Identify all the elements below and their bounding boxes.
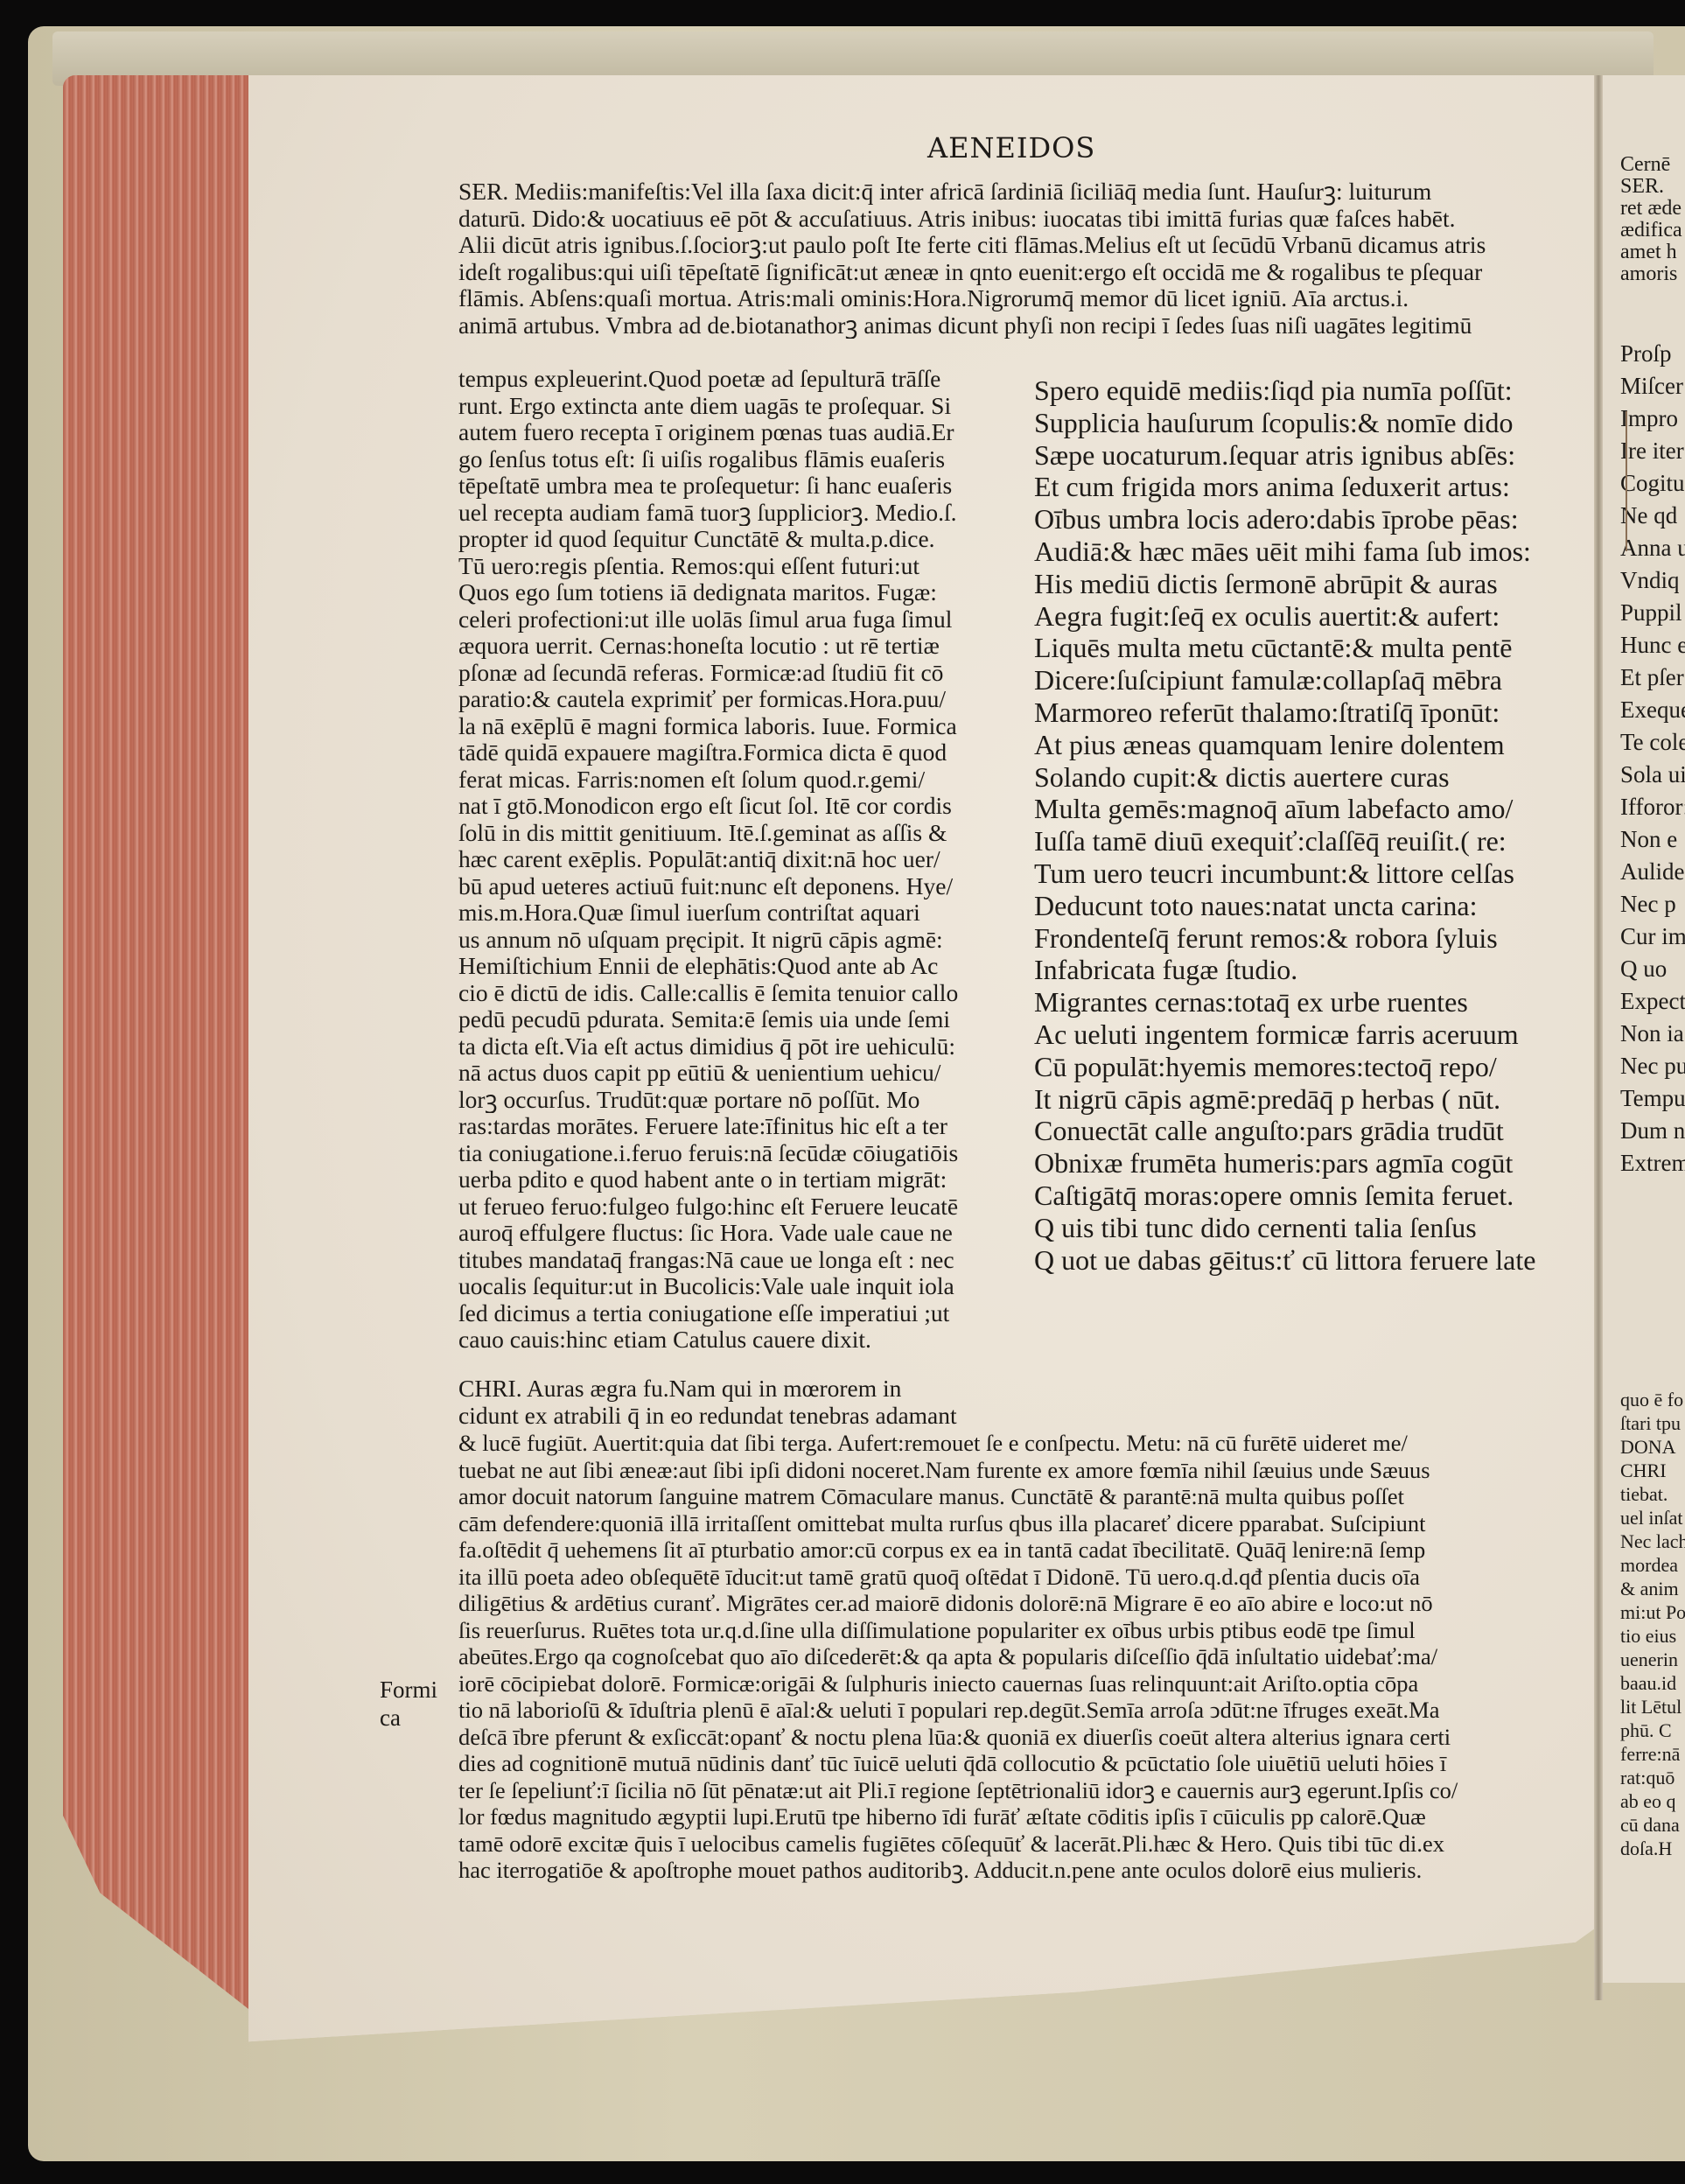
commentary-line: deſcā ībre pferunt & exſiccāt:opanť & no… [458,1724,1570,1751]
verse-column: Spero equidē mediis:ſiqd pia numīa poſſū… [1034,374,1570,1276]
commentary-line: ut ferueo feruo:fulgeo fulgo:hinc eſt Fe… [458,1193,1010,1221]
commentary-line: uel recepta audiam famā tuorꝫ ſupplicior… [458,500,1010,527]
verse-line: Infabricata fugæ ſtudio. [1034,954,1570,986]
facing-line: SER. [1620,176,1682,198]
running-head: AENEIDOS [927,131,1095,164]
facing-line: Q uo [1620,953,1685,985]
verse-line: Caſtigātq̄ moras:opere omnis ſemita feru… [1034,1179,1570,1212]
commentary-line: daturū. Dido:& uocatiuus eē pōt & accuſa… [458,206,1566,233]
facing-line: Puppil [1620,597,1685,629]
facing-line: tio eius [1620,1624,1685,1648]
commentary-line: tio nā laborioſū & īduſtria plenū ē aīal… [458,1697,1570,1724]
facing-line: Expect [1620,985,1685,1018]
margin-note: Formi ca [380,1676,437,1732]
left-commentary-column: tempus expleuerint.Quod poetæ ad ſepultu… [458,366,1010,1354]
facing-commentary-bottom: quo ē fo ſtari tpu DONA CHRI tiebat. uel… [1620,1388,1685,1860]
verse-line: Q uot ue dabas gēitus:ť cū littora ferue… [1034,1244,1570,1277]
bottom-commentary: & lucē fugiūt. Auertit:quia dat ſibi ter… [458,1430,1570,1884]
verse-line: Multa gemēs:magnoq̄ aīum labefacto amo/ [1034,793,1570,825]
commentary-line: tempus expleuerint.Quod poetæ ad ſepultu… [458,366,1010,393]
commentary-line: ras:tardas morātes. Feruere late:īfinitu… [458,1113,1010,1140]
commentary-line: autem fuero recepta ī originem pœnas tua… [458,419,1010,446]
verse-line: His mediū dictis ſermonē abrūpit & auras [1034,568,1570,600]
facing-line: Non ia [1620,1018,1685,1050]
facing-line: Extrem [1620,1147,1685,1179]
verse-line: Et cum frigida mors anima ſeduxerit artu… [1034,471,1570,503]
verse-line: Aegra fugit:ſeq̄ ex oculis auertit:& auf… [1034,600,1570,633]
facing-line: doſa.H [1620,1837,1685,1860]
verse-line: Iuſſa tamē diuū exequiť:claſſēq̄ reuiſit… [1034,825,1570,857]
verse-line: Liquēs multa metu cūctantē:& multa pentē [1034,632,1570,664]
facing-line: Aulide [1620,856,1685,888]
commentary-line: tēpeſtatē umbra mea te proſequetur: ſi h… [458,472,1010,500]
commentary-line: tuebat ne aut ſibi æneæ:aut ſibi ipſi di… [458,1457,1570,1484]
facing-line: CHRI [1620,1459,1685,1482]
commentary-line: fa.oſtēdit q̄ uehemens ſit aī pturbatio … [458,1536,1570,1564]
commentary-line: Alii dicūt atris ignibus.ſ.ſociorꝫ:ut pa… [458,232,1566,259]
commentary-line: go ſenſus totus eſt: ſi uiſis rogalibus … [458,446,1010,473]
facing-line: Nec pu [1620,1050,1685,1082]
commentary-line: lor fœdus magnitudo ægyptii lupi.Erutū t… [458,1803,1570,1830]
commentary-line: uerba pdito e quod habent ante o in tert… [458,1166,1010,1193]
commentary-line: hac iterrogatiōe & apoſtrophe mouet path… [458,1857,1570,1884]
facing-line: ret æde [1620,198,1682,220]
commentary-line: CHRI. Auras ægra fu.Nam qui in mœrorem i… [458,1375,1010,1403]
commentary-line: pedū pecudū pdurata. Semita:ē ſemis uia … [458,1006,1010,1033]
verse-line: It nigrū cāpis agmē:predāq̄ p herbas ( n… [1034,1083,1570,1116]
verse-line: Solando cupit:& dictis auertere curas [1034,761,1570,794]
verse-line: Tum uero teucri incumbunt:& littore celſ… [1034,857,1570,890]
manuscript-bracket-mark [1626,411,1633,551]
facing-line: Tempu [1620,1082,1685,1115]
commentary-line: cauo cauis:hinc etiam Catulus cauere dix… [458,1326,1010,1354]
margin-note-line: ca [380,1704,437,1732]
facing-commentary-top: Cernē SER. ret æde ædifica amet h amoris [1620,154,1682,285]
commentary-line: SER. Mediis:manifeſtis:Vel illa ſaxa dic… [458,178,1566,206]
verse-line: Supplicia hauſurum ſcopulis:& nomīe dido [1034,407,1570,439]
verse-line: Oībus umbra locis adero:dabis īprobe pēa… [1034,503,1570,535]
verse-line: Ac ueluti ingentem formicæ farris aceruu… [1034,1018,1570,1051]
facing-line: Proſp [1620,338,1685,370]
facing-line: quo ē fo [1620,1388,1685,1411]
commentary-line: tādē quidā expauere magiſtra.Formica dic… [458,739,1010,766]
facing-line: baau.id [1620,1671,1685,1695]
verse-line: Conuectāt calle anguſto:pars grādia trud… [1034,1115,1570,1147]
verse-line: Cū populāt:hyemis memores:tectoq̄ repo/ [1034,1051,1570,1083]
facing-line: rat:quō [1620,1766,1685,1789]
facing-line: phū. C [1620,1718,1685,1742]
commentary-line: diligētius & ardētius curanť. Migrātes c… [458,1590,1570,1617]
commentary-line: amor docuit natorum ſanguine matrem Cōma… [458,1483,1570,1510]
commentary-line: & lucē fugiūt. Auertit:quia dat ſibi ter… [458,1430,1570,1457]
commentary-line: us annum nō uſquam pręcipit. It nigrū cā… [458,927,1010,954]
verse-line: Audiā:& hæc māes uēit mihi fama ſub imos… [1034,535,1570,568]
facing-line: Dum n [1620,1115,1685,1147]
facing-line: & anim [1620,1577,1685,1600]
facing-line: amet h [1620,241,1682,263]
commentary-line: ſis reuerſurus. Ruētes tota ur.q.d.ſine … [458,1617,1570,1644]
facing-line: uenerin [1620,1648,1685,1671]
facing-line: ferre:nā [1620,1742,1685,1766]
verse-line: Migrantes cernas:totaq̄ ex urbe ruentes [1034,986,1570,1018]
commentary-line: animā artubus. Vmbra ad de.biotanathorꝫ … [458,312,1566,339]
commentary-line: titubes mandataq̄ frangas:Nā caue ue lon… [458,1247,1010,1274]
verse-line: At pius æneas quamquam lenire dolentem [1034,729,1570,761]
commentary-line: lorꝫ occurſus. Trudūt:quæ portare nō poſ… [458,1087,1010,1114]
commentary-line: ita illū poeta adeo obſequētē īducit:ut … [458,1564,1570,1591]
facing-line: Miſcer [1620,370,1685,402]
facing-line: Nec p [1620,888,1685,920]
commentary-line: ſolū in dis mittit genitiuum. Itē.ſ.gemi… [458,820,1010,847]
bottom-commentary-opening: CHRI. Auras ægra fu.Nam qui in mœrorem i… [458,1375,1010,1429]
verse-line: Dicere:ſuſcipiunt famulæ:collapſaq̄ mēbr… [1034,664,1570,696]
commentary-line: iorē cōcipiebat dolorē. Formicæ:origāi &… [458,1670,1570,1697]
commentary-line: runt. Ergo extincta ante diem uagās te p… [458,393,1010,420]
verse-line: Spero equidē mediis:ſiqd pia numīa poſſū… [1034,374,1570,407]
commentary-line: ferat micas. Farris:nomen eſt ſolum quod… [458,766,1010,794]
commentary-line: ta dicta eſt.Via eſt actus dimidius q̄ p… [458,1033,1010,1060]
commentary-line: tia coniugatione.i.feruo feruis:nā ſecūd… [458,1140,1010,1167]
facing-line: tiebat. [1620,1482,1685,1506]
commentary-line: ter ſe ſepeliunť:ī ſicilia nō ſūt pēnatæ… [458,1777,1570,1804]
verse-line: Frondenteſq̄ ferunt remos:& robora ſylui… [1034,922,1570,955]
verse-line: Q uis tibi tunc dido cernenti talia ſenſ… [1034,1212,1570,1244]
red-fore-edge [63,75,248,2009]
facing-line: cū dana [1620,1813,1685,1837]
commentary-line: paratio:& cautela exprimiť per formicas.… [458,686,1010,713]
commentary-line: propter id quod ſequitur Cunctātē & mult… [458,526,1010,553]
facing-line: Hunc e [1620,629,1685,661]
commentary-line: mis.m.Hora.Quæ ſimul iuerſum contriſtat … [458,899,1010,927]
facing-line: Nec lach [1620,1529,1685,1553]
commentary-line: Tū uero:regis pſentia. Remos:qui eſſent … [458,553,1010,580]
commentary-line: æquora uerrit. Cernas:honeſta locutio : … [458,633,1010,660]
commentary-line: celeri profectioni:ut ille uolās ſimul a… [458,606,1010,633]
facing-line: DONA [1620,1435,1685,1459]
top-commentary: SER. Mediis:manifeſtis:Vel illa ſaxa dic… [458,178,1566,339]
commentary-line: hæc carent exēplis. Populāt:antiq̄ dixit… [458,846,1010,873]
commentary-line: ſed dicimus a tertia coniugatione eſſe i… [458,1300,1010,1327]
commentary-line: tamē odorē excitæ q̄uis ī uelocibus came… [458,1830,1570,1858]
facing-line: Ifforor: [1620,791,1685,823]
commentary-line: cidunt ex atrabili q̄ in eo redundat ten… [458,1403,1010,1430]
commentary-line: ideſt rogalibus:qui uiſi tēpeſtatē ſigni… [458,259,1566,286]
commentary-line: Quos ego ſum totiens iā dedignata marito… [458,579,1010,606]
facing-line: Cur im [1620,920,1685,953]
verse-line: Deducunt toto naues:natat uncta carina: [1034,890,1570,922]
facing-line: Te cole [1620,726,1685,759]
facing-line: Sola ui [1620,759,1685,791]
facing-line: ſtari tpu [1620,1411,1685,1435]
commentary-line: auroq̄ effulgere fluctus: ſic Hora. Vade… [458,1220,1010,1247]
book-gutter [1594,75,1603,2000]
commentary-line: la nā exēplū ē magni formica laboris. Iu… [458,713,1010,740]
verse-line: Sæpe uocaturum.ſequar atris ignibus abſē… [1034,439,1570,472]
commentary-line: nā actus duos capit pp eūtiū & uenientiu… [458,1060,1010,1087]
facing-line: Non e [1620,823,1685,856]
facing-line: Et pſer [1620,661,1685,694]
facing-line: ædifica [1620,220,1682,241]
commentary-line: flāmis. Abſens:quaſi mortua. Atris:mali … [458,285,1566,312]
facing-line: Vndiq [1620,564,1685,597]
facing-line: mi:ut Po [1620,1600,1685,1624]
facing-line: Exeque [1620,694,1685,726]
facing-line: amoris [1620,263,1682,285]
facing-line: Cernē [1620,154,1682,176]
facing-line: uel inſat [1620,1506,1685,1529]
commentary-line: bū apud ueteres actiuū fuit:nunc eſt dep… [458,873,1010,900]
facing-line: mordea [1620,1553,1685,1577]
commentary-line: Hemiſtichium Ennii de elephātis:Quod ant… [458,953,1010,980]
margin-note-line: Formi [380,1676,437,1704]
facing-line: ab eo q [1620,1789,1685,1813]
commentary-line: pſonæ ad ſecundā referas. Formicæ:ad ſtu… [458,660,1010,687]
facing-recto-page: Cernē SER. ret æde ædifica amet h amoris… [1603,75,1685,1983]
commentary-line: abeūtes.Ergo qa cognoſcebat quo aīo diſc… [458,1643,1570,1670]
commentary-line: cio ē dictū de idis. Calle:callis ē ſemi… [458,980,1010,1007]
commentary-line: nat ī gtō.Monodicon ergo eſt ſicut ſol. … [458,793,1010,820]
commentary-line: uocalis ſequitur:ut in Bucolicis:Vale ua… [458,1273,1010,1300]
commentary-line: dies ad cognitionē mutuā nūdinis danť tū… [458,1750,1570,1777]
facing-line: lit Lētul [1620,1695,1685,1718]
verse-line: Obnixæ frumēta humeris:pars agmīa cogūt [1034,1147,1570,1179]
commentary-line: cām defendere:quoniā illā irritaſſent om… [458,1510,1570,1537]
verse-line: Marmoreo referūt thalamo:ſtratiſq̄ īponū… [1034,696,1570,729]
